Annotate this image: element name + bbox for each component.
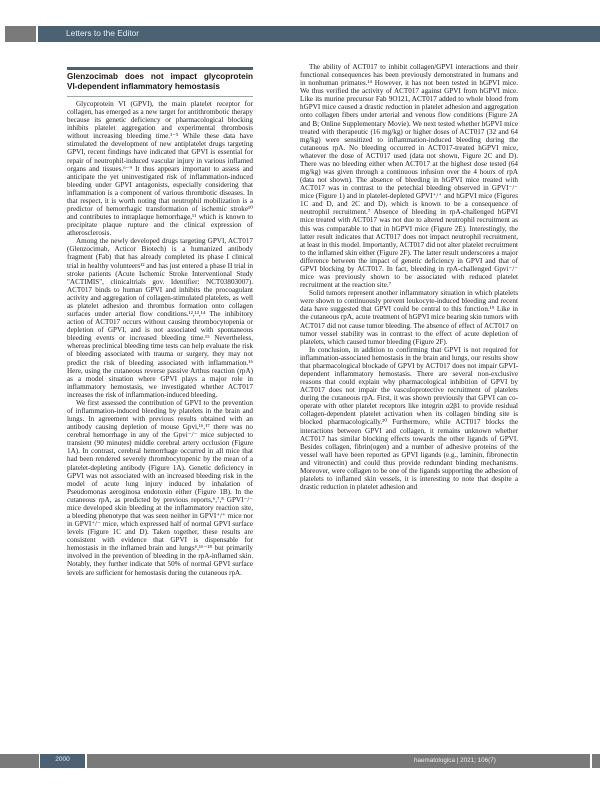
title-rule — [67, 67, 253, 70]
journal-citation: haematologica | 2021; 106(7) — [414, 757, 496, 764]
page-number-badge: 2000 — [40, 754, 85, 768]
title-underline — [67, 96, 253, 97]
left-column: Glycoprotein VI (GPVI), the main platele… — [67, 100, 253, 577]
paragraph: The ability of ACT017 to inhibit collage… — [300, 63, 518, 289]
section-label: Letters to the Editor — [66, 28, 139, 38]
footer-bar: haematologica | 2021; 106(7) — [87, 754, 590, 768]
page-number: 2000 — [40, 756, 85, 763]
paragraph: Glycoprotein VI (GPVI), the main platele… — [67, 100, 253, 237]
paragraph: Solid tumors represent another inflammat… — [300, 289, 518, 346]
paragraph: We first assessed the contribution of GP… — [67, 399, 253, 577]
header-grey-block — [5, 26, 36, 42]
title-line-1: Glenzocimab does not impact glycoprotein — [67, 72, 253, 82]
footer-grey-block-right — [592, 754, 600, 768]
footer-grey-block-left — [0, 754, 39, 768]
right-column: The ability of ACT017 to inhibit collage… — [300, 63, 518, 491]
paragraph: In conclusion, in addition to confirming… — [300, 346, 518, 491]
article-title: Glenzocimab does not impact glycoprotein… — [67, 72, 253, 91]
title-line-2: VI-dependent inflammatory hemostasis — [67, 82, 220, 91]
paragraph: Among the newly developed drugs targetin… — [67, 237, 253, 399]
section-header-bar: Letters to the Editor — [38, 26, 600, 42]
